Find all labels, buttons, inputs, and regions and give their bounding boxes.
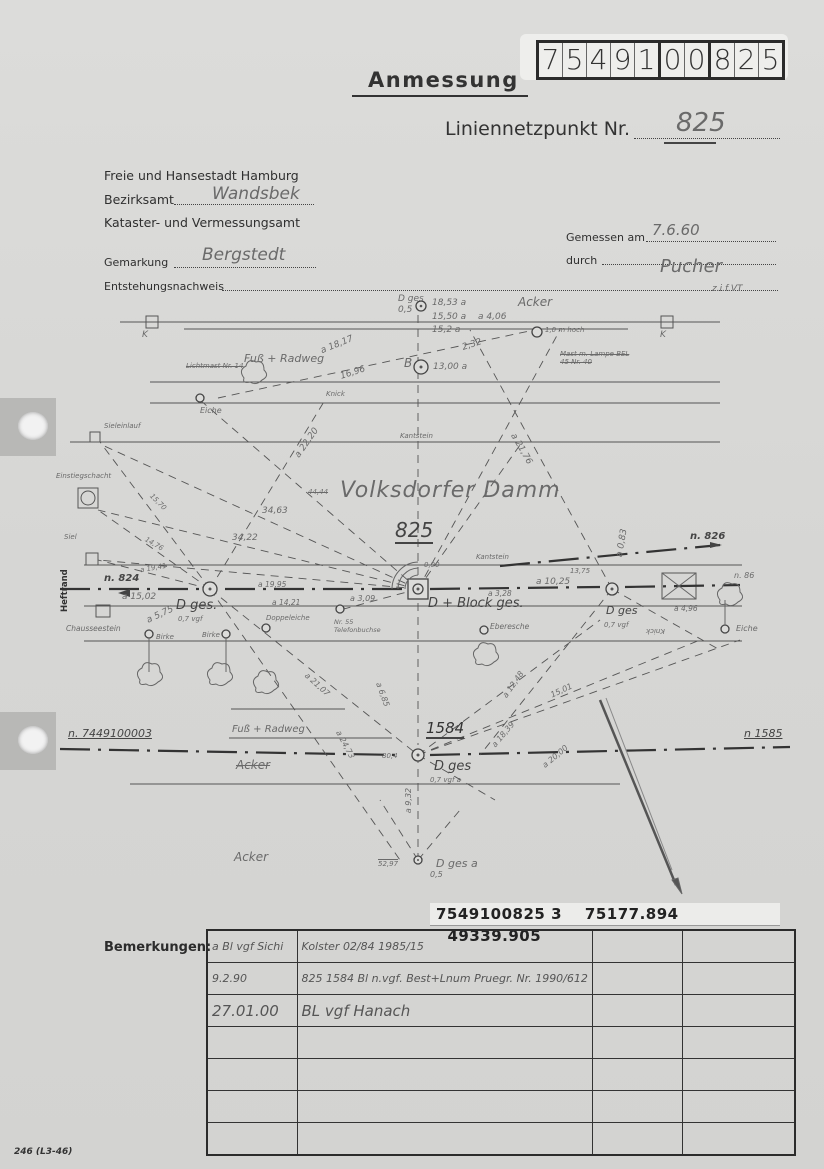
remarks-cell <box>682 1027 795 1059</box>
remarks-cell <box>592 930 682 963</box>
label-dges-right: D ges <box>606 604 637 617</box>
label-doppeleiche: Doppeleiche <box>266 614 310 622</box>
remarks-cell <box>682 1123 795 1156</box>
remarks-cell <box>682 963 795 995</box>
remarks-cell <box>207 1059 297 1091</box>
label-dges-top: D ges <box>398 294 424 304</box>
label-n1585: n 1585 <box>744 727 782 740</box>
label-fuss-radweg-top: Fuß + Radweg <box>244 352 324 365</box>
remarks-cell <box>297 1059 592 1091</box>
label-lichtmast: Lichtmast Nr. 14 <box>186 362 243 370</box>
remarks-row <box>207 1123 795 1156</box>
remarks-cell <box>207 1027 297 1059</box>
remarks-cell <box>297 1091 592 1123</box>
label-dges-top-val: 0,5 <box>398 305 412 315</box>
label-hoch: 1,0 m hoch <box>545 326 584 334</box>
label-496: a 4,96 <box>674 604 698 613</box>
label-m1: 18,53 a <box>432 298 466 308</box>
remarks-row <box>207 1027 795 1059</box>
label-fuss-radweg-bottom: Fuß + Radweg <box>232 724 305 735</box>
label-3463: 34,63 <box>262 506 288 516</box>
label-acker-bottom: Acker <box>234 850 268 864</box>
label-kantstein-mid: Kantstein <box>476 553 509 561</box>
label-309: a 3,09 <box>350 594 375 603</box>
coordinate-strip: 7549100825 3 75177.894 49339.905 <box>430 903 780 926</box>
remarks-row: a Bl vgf SichiKolster 02/84 1985/15 <box>207 930 795 963</box>
remarks-cell <box>297 1123 592 1156</box>
coord-x: 75177.894 <box>585 905 679 923</box>
label-m2: 15,50 a <box>432 312 466 322</box>
label-1995: a 19,95 <box>258 580 286 589</box>
label-einstiegschacht: Einstiegschacht <box>56 472 111 480</box>
remarks-cell <box>592 995 682 1027</box>
remarks-row <box>207 1059 795 1091</box>
point-south-label: 1584 <box>426 719 464 739</box>
label-n826: n. 826 <box>690 531 725 542</box>
remarks-cell <box>592 1091 682 1123</box>
remarks-cell: 825 1584 Bl n.vgf. Best+Lnum Pruegr. Nr.… <box>297 963 592 995</box>
remarks-cell: 9.2.90 <box>207 963 297 995</box>
street-name: Volksdorfer Damm <box>340 478 561 503</box>
label-knick-top: Knick <box>326 390 345 398</box>
remarks-cell <box>682 1059 795 1091</box>
label-932: a 9,32 <box>404 788 413 813</box>
label-m3: 15,2 a <box>432 325 460 335</box>
label-804: 80,4 <box>382 752 398 760</box>
remarks-cell: BL vgf Hanach <box>297 995 592 1027</box>
remarks-table: a Bl vgf SichiKolster 02/84 1985/159.2.9… <box>206 929 796 1156</box>
remarks-row <box>207 1091 795 1123</box>
label-1375: 13,75 <box>570 567 590 575</box>
label-siel: Siel <box>64 533 77 541</box>
coord-point-id: 7549100825 3 <box>436 905 562 923</box>
remarks-cell <box>207 1091 297 1123</box>
label-090: 0,90 <box>424 561 440 569</box>
remarks-cell <box>207 1123 297 1156</box>
label-dges-a-val: 0,5 <box>430 870 443 879</box>
label-sieleinlauf: Sieleinlauf <box>104 422 140 430</box>
label-acker-mid: Acker <box>236 758 270 772</box>
remarks-cell <box>297 1027 592 1059</box>
label-dges-bottom-note: 0,7 vgf a <box>430 776 461 784</box>
label-n86: n. 86 <box>734 571 754 580</box>
label-dges-a: D ges a <box>436 857 478 870</box>
label-328: a 3,28 <box>488 589 512 598</box>
remarks-cell <box>682 930 795 963</box>
label-1502: a 15,02 <box>122 592 156 602</box>
label-dges-bottom: D ges <box>434 759 471 774</box>
label-acker-top: Acker <box>518 295 552 309</box>
label-1421: a 14,21 <box>272 598 300 607</box>
survey-form-page: 7 5 4 9 1 0 0 8 2 5 Anmessung Liniennetz… <box>0 0 824 1169</box>
label-eiche-top: Eiche <box>200 406 222 415</box>
label-eberesche: Eberesche <box>490 622 529 631</box>
label-dblock: D + Block ges. <box>428 596 524 611</box>
label-3422: 34,22 <box>232 533 258 543</box>
remarks-cell <box>682 995 795 1027</box>
remarks-cell: 27.01.00 <box>207 995 297 1027</box>
label-mast-lampe: Mast m. Lampe BEL 45 Nr. 40 <box>560 350 630 366</box>
remarks-cell <box>592 1027 682 1059</box>
label-k-left: K <box>142 330 148 340</box>
label-birke2: Birke <box>202 631 220 639</box>
label-1025: a 10,25 <box>536 577 570 587</box>
label-dges-right-note: 0,7 vgf <box>604 621 628 629</box>
label-kantstein-top: Kantstein <box>400 432 433 440</box>
label-chausseestein: Chausseestein <box>66 624 121 633</box>
remarks-cell <box>592 1123 682 1156</box>
label-1300: 13,00 a <box>433 362 467 372</box>
label-heftrand: Heftrand <box>60 569 70 612</box>
form-number: 246 (L3-46) <box>14 1147 72 1157</box>
remarks-cell: a Bl vgf Sichi <box>207 930 297 963</box>
label-dges-left-note: 0,7 vgf <box>178 615 202 623</box>
remarks-row: 9.2.90825 1584 Bl n.vgf. Best+Lnum Prueg… <box>207 963 795 995</box>
label-5297: 52,97 <box>378 860 398 868</box>
label-eiche-right: Eiche <box>736 624 758 633</box>
label-4444: 44,44 <box>308 488 328 496</box>
label-dges-left: D ges. <box>176 598 217 613</box>
remarks-cell <box>682 1091 795 1123</box>
remarks-cell <box>592 1059 682 1091</box>
remarks-row: 27.01.00BL vgf Hanach <box>207 995 795 1027</box>
label-knick-right: Knick <box>646 627 665 635</box>
label-k-right: K <box>660 330 666 340</box>
remarks-cell: Kolster 02/84 1985/15 <box>297 930 592 963</box>
point-main-label: 825 <box>395 518 433 544</box>
label-n7449: n. 7449100003 <box>68 727 152 740</box>
remarks-label: Bemerkungen: <box>104 940 211 955</box>
label-n824: n. 824 <box>104 573 139 584</box>
label-nr55: Nr. 55 Telefonbuchse <box>334 618 384 634</box>
label-m4: a 4,06 <box>478 312 506 322</box>
label-birke1: Birke <box>156 633 174 641</box>
label-b-mast: B <box>404 356 412 370</box>
remarks-cell <box>592 963 682 995</box>
